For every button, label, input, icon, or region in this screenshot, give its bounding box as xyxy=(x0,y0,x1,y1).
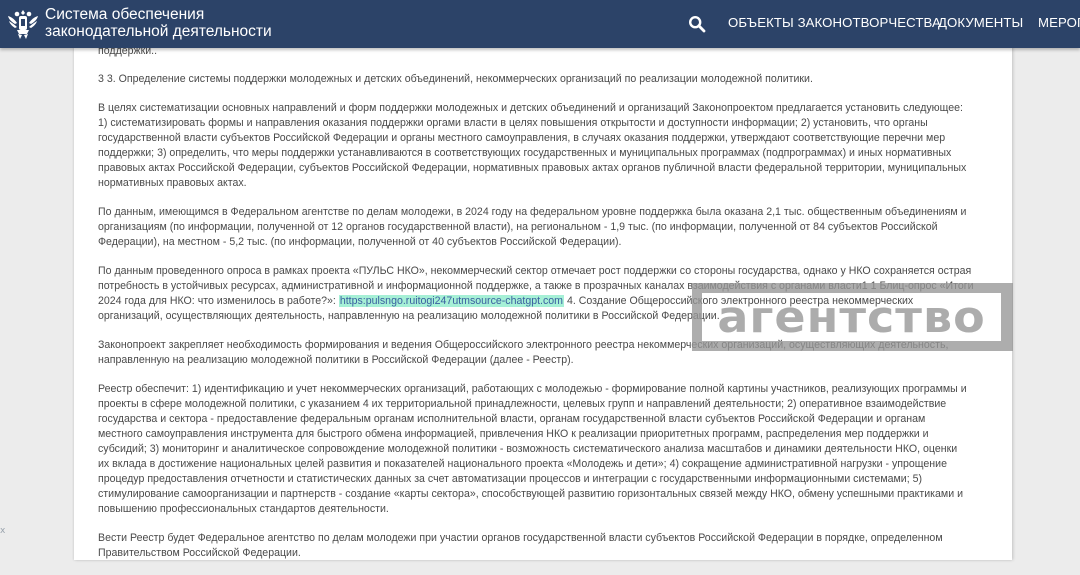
nav-item-events[interactable]: МЕРОП xyxy=(1038,15,1080,30)
nav-item-lawmaking-objects[interactable]: ОБЪЕКТЫ ЗАКОНОТВОРЧЕСТВА xyxy=(728,15,941,30)
source-link[interactable]: https:pulsngo.ruitogi247utmsource-chatgp… xyxy=(339,295,564,307)
right-gutter xyxy=(1012,48,1080,547)
brand-line-2: законодательной деятельности xyxy=(45,23,272,40)
site-brand-title[interactable]: Система обеспечения законодательной деят… xyxy=(45,6,272,40)
top-navigation-bar: Система обеспечения законодательной деят… xyxy=(0,0,1080,48)
search-icon[interactable] xyxy=(688,15,706,33)
brand-line-1: Система обеспечения xyxy=(45,6,272,23)
nav-item-documents[interactable]: ДОКУМЕНТЫ xyxy=(938,15,1023,30)
left-gutter xyxy=(0,48,74,547)
document-content: поддержки.. 3 3. Определение системы под… xyxy=(98,44,988,547)
paragraph-statistics: По данным, имеющимся в Федеральном агент… xyxy=(98,205,988,250)
left-gutter-mark: x xyxy=(0,526,5,536)
paragraph-systematization: В целях систематизации основных направле… xyxy=(98,101,988,191)
paragraph-survey: По данным проведенного опроса в рамках п… xyxy=(98,264,988,324)
double-headed-eagle-emblem-icon[interactable] xyxy=(6,7,40,41)
paragraph-registry-intro: Законопроект закрепляет необходимость фо… xyxy=(98,338,988,368)
paragraph-registry-operator: Вести Реестр будет Федеральное агентство… xyxy=(98,531,988,547)
section-heading: 3 3. Определение системы поддержки молод… xyxy=(98,72,988,87)
paragraph-registry-provides: Реестр обеспечит: 1) идентификацию и уче… xyxy=(98,382,988,517)
